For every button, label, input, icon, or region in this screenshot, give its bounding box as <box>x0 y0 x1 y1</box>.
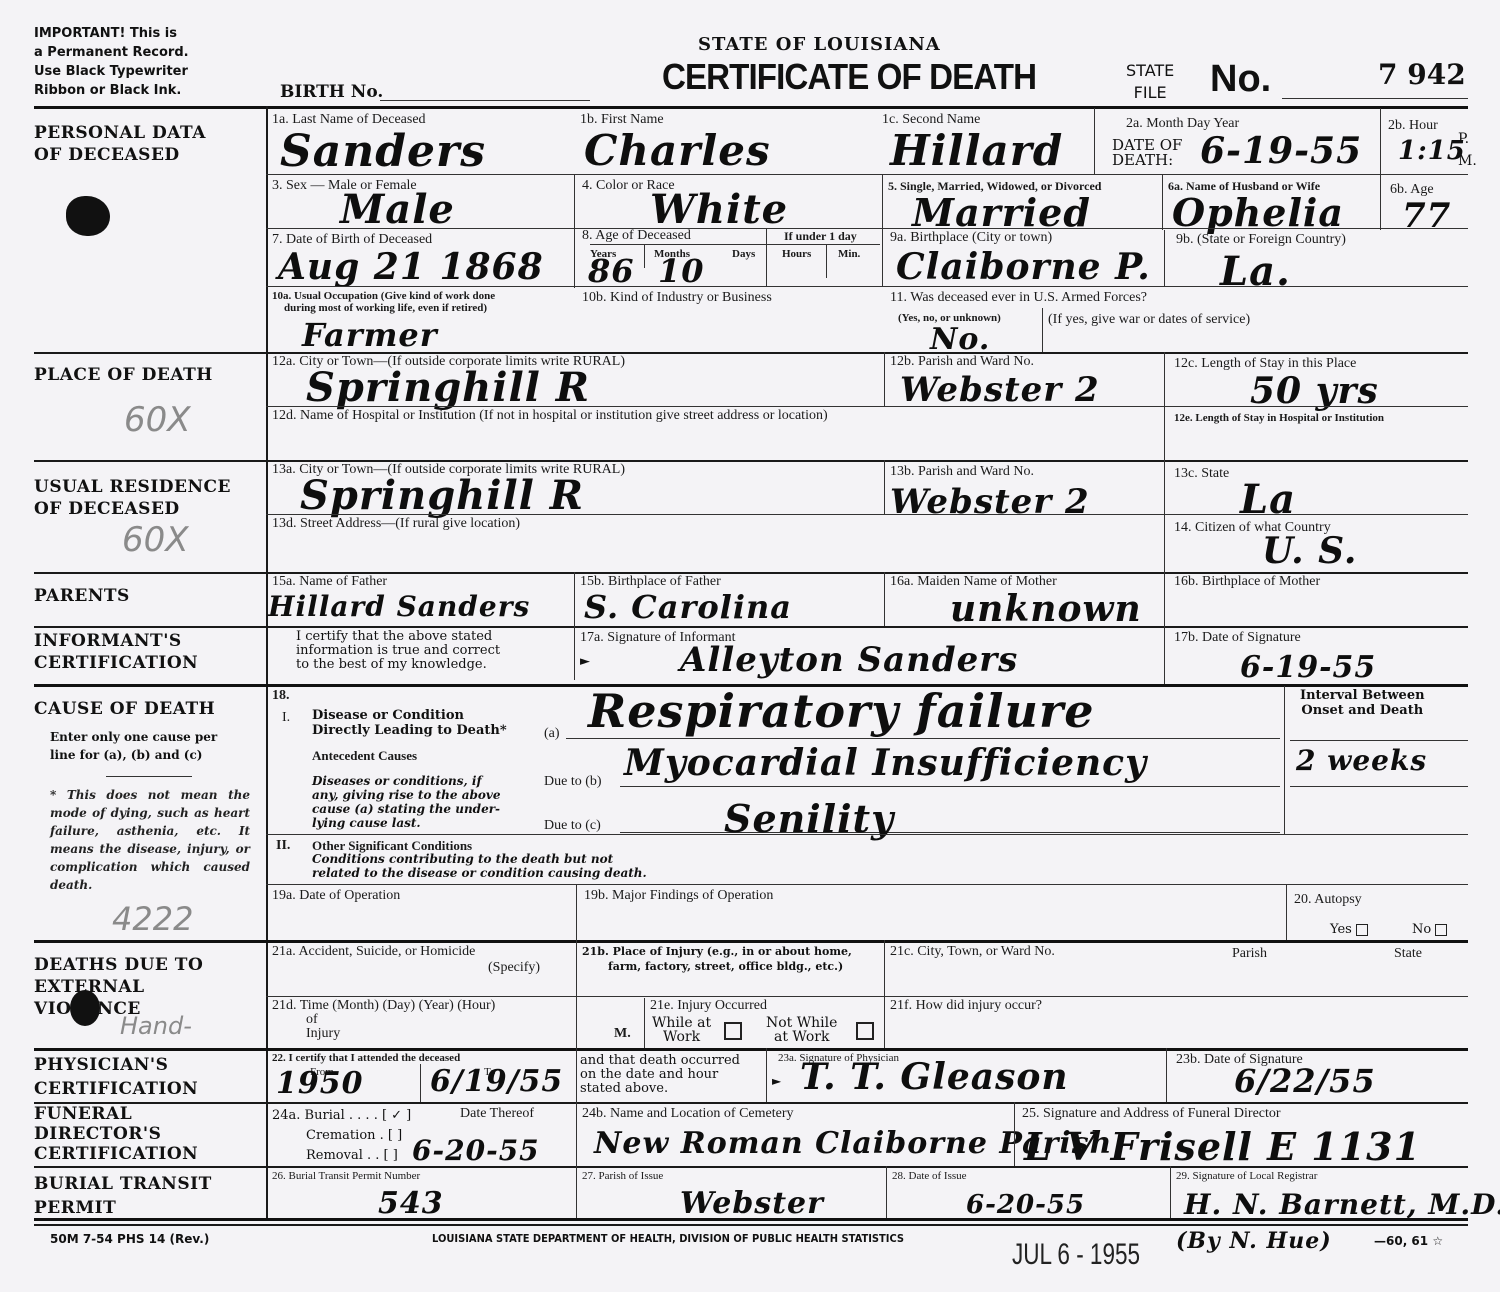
field-date-of-birth[interactable]: Aug 21 1868 <box>278 246 544 288</box>
received-stamp: JUL 6 - 1955 <box>1012 1238 1140 1272</box>
field-father-birthplace[interactable]: S. Carolina <box>584 588 792 626</box>
field-cause-a[interactable]: Respiratory failure <box>588 684 1094 738</box>
field-cause-b[interactable]: Myocardial Insufficiency <box>624 742 1147 784</box>
ink-blot-2 <box>70 990 100 1026</box>
rule-21d <box>266 996 1468 997</box>
rule-18-ii <box>266 834 1468 835</box>
not-while-at-work-checkbox[interactable] <box>856 1022 874 1040</box>
department-name: LOUISIANA STATE DEPARTMENT OF HEALTH, DI… <box>432 1232 904 1245</box>
rule-external <box>34 940 1468 943</box>
cause-divider <box>106 776 192 777</box>
div-2b <box>1380 108 1381 174</box>
page-title: CERTIFICATE OF DEATH <box>662 56 1036 98</box>
important-notice: IMPORTANT! This is a Permanent Record. U… <box>34 24 189 100</box>
field-parish-of-issue[interactable]: Webster <box>680 1186 824 1221</box>
label-22-cont: and that death occurred on the date and … <box>580 1054 740 1096</box>
label-2a: 2a. Month Day Year <box>1126 116 1239 131</box>
label-9b: 9b. (State or Foreign Country) <box>1176 232 1346 247</box>
field-funeral-director[interactable]: L V Frisell E 1131 <box>1024 1124 1421 1169</box>
field-informant-signature[interactable]: Alleyton Sanders <box>680 640 1018 680</box>
field-birthplace-city[interactable]: Claiborne P. <box>896 246 1151 288</box>
bottom-rule-2 <box>34 1224 1468 1226</box>
field-citizenship[interactable]: U. S. <box>1262 530 1357 572</box>
field-death-parish[interactable]: Webster 2 <box>900 370 1100 410</box>
label-column-divider <box>266 106 268 1220</box>
div-23b <box>1166 1048 1167 1102</box>
div-12b <box>884 352 885 406</box>
section-external-violence: DEATHS DUE TO EXTERNAL VIOLENCE <box>34 954 203 1020</box>
div-months <box>644 244 645 268</box>
label-21d-m: M. <box>614 1026 631 1041</box>
label-2b: 2b. Hour <box>1388 118 1438 133</box>
cause-instructions: Enter only one cause per line for (a), (… <box>50 728 217 764</box>
field-attended-from[interactable]: 1950 <box>276 1066 364 1101</box>
ink-blot <box>66 196 110 236</box>
section-cause-of-death: CAUSE OF DEATH <box>34 698 215 720</box>
field-date-of-death[interactable]: 6-19-55 <box>1200 130 1362 172</box>
label-20: 20. Autopsy <box>1294 892 1362 907</box>
label-18-i: I. <box>282 710 290 725</box>
label-21a-sub: (Specify) <box>488 960 540 975</box>
div-28 <box>886 1166 887 1218</box>
div-21c <box>884 940 885 1048</box>
autopsy-yes-checkbox[interactable] <box>1356 924 1368 936</box>
div-16b <box>1164 572 1165 684</box>
label-10b: 10b. Kind of Industry or Business <box>582 290 772 305</box>
field-registrar-signature[interactable]: H. N. Barnett, M.D. <box>1184 1188 1500 1221</box>
while-at-work-checkbox[interactable] <box>724 1022 742 1040</box>
label-18-i-desc: Disease or Condition Directly Leading to… <box>312 708 507 738</box>
label-9a: 9a. Birthplace (City or town) <box>890 230 1052 245</box>
field-sex[interactable]: Male <box>340 186 455 233</box>
label-24b: 24b. Name and Location of Cemetery <box>582 1106 793 1121</box>
label-21c-state: State <box>1394 946 1422 961</box>
field-hour-of-death[interactable]: 1:15 <box>1398 136 1466 166</box>
age-subrule <box>590 244 880 245</box>
file-no-line <box>1282 98 1468 99</box>
not-while-at-work[interactable]: Not While at Work <box>766 1016 837 1044</box>
field-residence-state[interactable]: La <box>1240 476 1296 523</box>
field-residence-city[interactable]: Springhill R <box>300 472 584 519</box>
label-18-ii: II. <box>276 838 290 853</box>
label-27: 27. Parish of Issue <box>582 1170 663 1182</box>
label-min: Min. <box>838 248 860 260</box>
div-23a <box>766 1048 767 1102</box>
label-11-sub2: (If yes, give war or dates of service) <box>1048 312 1250 327</box>
state-file-number: 7 942 <box>1378 58 1466 91</box>
div-29 <box>1170 1166 1171 1218</box>
label-18: 18. <box>272 688 290 703</box>
rule-informant <box>34 626 1468 628</box>
rule-19 <box>266 884 1468 885</box>
field-informant-date[interactable]: 6-19-55 <box>1240 650 1376 685</box>
state-heading: STATE OF LOUISIANA <box>698 34 941 55</box>
label-1a: 1a. Last Name of Deceased <box>272 112 426 127</box>
div-22-cont <box>576 1048 577 1102</box>
arrow-icon: ► <box>580 654 590 669</box>
field-occupation[interactable]: Farmer <box>302 316 438 354</box>
label-28: 28. Date of Issue <box>892 1170 967 1182</box>
label-7: 7. Date of Birth of Deceased <box>272 232 432 247</box>
footer-code: —60, 61 ☆ <box>1374 1234 1443 1248</box>
div-6b <box>1380 174 1381 230</box>
label-12e: 12e. Length of Stay in Hospital or Insti… <box>1174 412 1384 424</box>
label-13c: 13c. State <box>1174 466 1229 481</box>
top-rule <box>34 106 1468 109</box>
label-1c: 1c. Second Name <box>882 112 980 127</box>
div-12c <box>1164 352 1165 572</box>
field-last-name[interactable]: Sanders <box>280 126 486 177</box>
label-21c-parish: Parish <box>1232 946 1267 961</box>
pencil-note-cause: 4222 <box>112 900 193 938</box>
row-rule-2 <box>266 228 1468 229</box>
autopsy-yes[interactable]: Yes <box>1330 922 1368 937</box>
row-rule-1 <box>266 174 1468 175</box>
line-18b <box>620 786 1280 787</box>
autopsy-no-checkbox[interactable] <box>1435 924 1447 936</box>
div-11 <box>1042 308 1043 352</box>
line-18a <box>566 738 1280 739</box>
field-interval-b[interactable]: 2 weeks <box>1296 744 1427 777</box>
birth-no: BIRTH No. <box>280 82 383 102</box>
label-21d-of: of <box>306 1012 318 1027</box>
field-spouse-age[interactable]: 77 <box>1402 196 1451 236</box>
div-27 <box>576 1166 577 1218</box>
label-22: 22. I certify that I attended the deceas… <box>272 1052 460 1064</box>
section-informant: INFORMANT'S CERTIFICATION <box>34 630 198 674</box>
div-16a <box>884 572 885 626</box>
field-residence-parish[interactable]: Webster 2 <box>890 482 1090 522</box>
pencil-note-residence: 60X <box>122 520 189 560</box>
field-permit-number[interactable]: 543 <box>378 1186 444 1221</box>
div-19b <box>576 884 577 940</box>
label-18-b: Due to (b) <box>544 774 602 789</box>
rule-place <box>34 352 1468 354</box>
field-date-of-issue[interactable]: 6-20-55 <box>966 1190 1085 1220</box>
div-8u <box>766 228 767 286</box>
label-21d: 21d. Time (Month) (Day) (Year) (Hour) <box>272 998 495 1013</box>
label-6b: 6b. Age <box>1390 182 1434 197</box>
div-24b <box>576 1102 577 1166</box>
div-2a <box>1094 108 1095 174</box>
date-of-death-label: DATE OF DEATH: <box>1112 138 1182 168</box>
rule-funeral <box>34 1102 1468 1104</box>
section-place-of-death: PLACE OF DEATH <box>34 364 213 386</box>
while-at-work[interactable]: While at Work <box>652 1016 711 1044</box>
div-22-to <box>420 1064 421 1102</box>
label-hours: Hours <box>782 248 811 260</box>
label-25: 25. Signature and Address of Funeral Dir… <box>1022 1106 1281 1121</box>
cause-footnote: * This does not mean the mode of dying, … <box>50 786 250 894</box>
label-antecedent: Antecedent Causes <box>312 748 417 763</box>
field-second-name[interactable]: Hillard <box>890 126 1063 175</box>
label-21e: 21e. Injury Occurred <box>650 998 767 1013</box>
birth-no-line <box>380 100 590 101</box>
field-age-years[interactable]: 86 <box>588 252 635 290</box>
label-29: 29. Signature of Local Registrar <box>1176 1170 1317 1182</box>
label-13d: 13d. Street Address—(If rural give locat… <box>272 516 520 531</box>
div-9b <box>1164 230 1165 286</box>
label-13b: 13b. Parish and Ward No. <box>890 464 1034 479</box>
cremation-option[interactable]: Cremation . [ ] <box>272 1126 411 1146</box>
label-26: 26. Burial Transit Permit Number <box>272 1170 420 1182</box>
row-rule-12 <box>266 406 1468 407</box>
section-parents: PARENTS <box>34 585 130 607</box>
field-armed-forces[interactable]: No. <box>930 322 990 357</box>
field-physician-date[interactable]: 6/22/55 <box>1234 1062 1376 1100</box>
label-18-c: Due to (c) <box>544 818 601 833</box>
field-birthplace-state[interactable]: La. <box>1220 248 1291 295</box>
div-min <box>826 244 827 278</box>
div-4 <box>574 174 575 288</box>
burial-option[interactable]: 24a. Burial . . . . [ ✓ ] <box>272 1106 411 1126</box>
section-physician: PHYSICIAN'S CERTIFICATION <box>34 1053 198 1101</box>
label-days: Days <box>732 248 755 260</box>
label-18-a: (a) <box>544 726 560 741</box>
div-5 <box>882 174 883 286</box>
section-burial-permit: BURIAL TRANSIT PERMIT <box>34 1172 212 1220</box>
field-disposition-date[interactable]: 6-20-55 <box>412 1134 540 1167</box>
label-12d: 12d. Name of Hospital or Institution (If… <box>272 408 828 423</box>
disposition-options: 24a. Burial . . . . [ ✓ ] Cremation . [ … <box>272 1106 411 1166</box>
label-8: 8. Age of Deceased <box>582 228 691 243</box>
pencil-note-external: Hand- <box>120 1012 192 1040</box>
section-usual-residence: USUAL RESIDENCE OF DECEASED <box>34 476 231 520</box>
field-age-months[interactable]: 10 <box>658 252 705 290</box>
label-21d-injury: Injury <box>306 1026 340 1041</box>
label-21f: 21f. How did injury occur? <box>890 998 1042 1013</box>
label-17b: 17b. Date of Signature <box>1174 630 1301 645</box>
antecedent-desc: Diseases or conditions, if any, giving r… <box>312 774 500 830</box>
field-physician-signature[interactable]: T. T. Gleason <box>800 1056 1069 1098</box>
field-father-name[interactable]: Hillard Sanders <box>268 590 530 623</box>
div-6a <box>1162 174 1163 230</box>
informant-certify-text: I certify that the above stated informat… <box>296 630 500 672</box>
arrow-icon-23: ► <box>772 1074 781 1088</box>
label-18-ii-desc: Conditions contributing to the death but… <box>312 852 647 880</box>
rule-residence <box>34 460 1468 462</box>
label-interval: Interval Between Onset and Death <box>1300 688 1425 718</box>
field-mother-maiden-name[interactable]: unknown <box>950 588 1142 630</box>
label-11: 11. Was deceased ever in U.S. Armed Forc… <box>890 290 1147 305</box>
div-25 <box>1014 1102 1015 1166</box>
field-death-city[interactable]: Springhill R <box>306 364 590 411</box>
div-15b <box>574 572 575 680</box>
field-attended-to[interactable]: 6/19/55 <box>430 1064 563 1099</box>
label-21c: 21c. City, Town, or Ward No. <box>890 944 1055 959</box>
line-18c <box>620 832 1280 833</box>
registrar-by: (By N. Hue) <box>1176 1228 1332 1254</box>
label-10a: 10a. Usual Occupation (Give kind of work… <box>272 290 495 314</box>
removal-option[interactable]: Removal . . [ ] <box>272 1146 411 1166</box>
row-rule-13 <box>266 514 1468 515</box>
div-21b <box>576 940 577 1048</box>
label-16b: 16b. Birthplace of Mother <box>1174 574 1320 589</box>
autopsy-no[interactable]: No <box>1412 922 1447 937</box>
line-interval-b <box>1290 786 1468 787</box>
field-race[interactable]: White <box>650 186 788 233</box>
label-16a: 16a. Maiden Name of Mother <box>890 574 1057 589</box>
div-21e <box>644 998 645 1048</box>
div-interval <box>1284 686 1285 834</box>
label-12c: 12c. Length of Stay in this Place <box>1174 356 1356 371</box>
label-21b: 21b. Place of Injury (e.g., in or about … <box>582 944 852 974</box>
label-12b: 12b. Parish and Ward No. <box>890 354 1034 369</box>
label-19b: 19b. Major Findings of Operation <box>584 888 773 903</box>
label-1b: 1b. First Name <box>580 112 664 127</box>
label-21a: 21a. Accident, Suicide, or Homicide <box>272 944 475 959</box>
field-first-name[interactable]: Charles <box>584 126 771 175</box>
div-13b <box>884 460 885 514</box>
label-8-under: If under 1 day <box>784 230 857 243</box>
row-rule-3 <box>266 286 1468 287</box>
label-15a: 15a. Name of Father <box>272 574 387 589</box>
label-15b: 15b. Birthplace of Father <box>580 574 721 589</box>
form-number: 50M 7-54 PHS 14 (Rev.) <box>50 1232 209 1246</box>
label-18-ii-title: Other Significant Conditions <box>312 838 472 853</box>
label-19a: 19a. Date of Operation <box>272 888 400 903</box>
line-interval-a <box>1290 740 1468 741</box>
rule-physician <box>34 1048 1468 1051</box>
pencil-note-place: 60X <box>124 400 191 440</box>
section-personal-data: PERSONAL DATA OF DECEASED <box>34 122 206 166</box>
field-am-pm: P.M. <box>1458 128 1478 172</box>
label-24a-date: Date Thereof <box>460 1106 534 1121</box>
no-label: No. <box>1210 58 1271 101</box>
section-funeral: FUNERAL DIRECTOR'S CERTIFICATION <box>34 1104 198 1164</box>
div-20 <box>1286 884 1287 940</box>
state-file-label: STATE FILE <box>1126 60 1174 104</box>
